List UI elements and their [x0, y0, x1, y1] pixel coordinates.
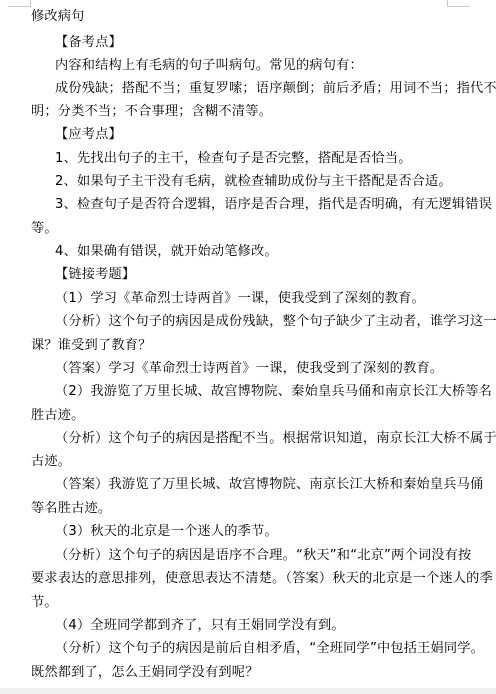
- section-heading: 【备考点】: [55, 35, 122, 51]
- analysis: （分析）这个句子的病因是搭配不当。根据常识知道，南京长江大桥不属于: [55, 431, 496, 447]
- document-title: 修改病句: [31, 9, 85, 25]
- analysis: （分析）这个句子的病因是语序不合理。“秋天”和“北京”两个词没有按: [55, 548, 471, 564]
- analysis: （分析）这个句子的病因是成份残缺，整个句子缺少了主动者，谁学习这一: [55, 314, 496, 330]
- list-item: 1、先找出句子的主干，检查句子是否完整，搭配是否恰当。: [55, 151, 412, 167]
- document-page: 修改病句 【备考点】 内容和结构上有毛病的句子叫病句。常见的病句有： 成份残缺；…: [0, 0, 496, 688]
- analysis: 节。: [31, 595, 58, 611]
- page-bottom-edge: [0, 688, 496, 694]
- paragraph: 成份残缺；搭配不当；重复罗嗦；语序颠倒；前后矛盾；用词不当；指代不: [55, 81, 496, 97]
- list-item: 2、如果句子主干没有毛病，就检查辅助成份与主干搭配是否合适。: [55, 174, 452, 190]
- answer: （答案）我游览了万里长城、故宫博物院、南京长江大桥和秦始皇兵马俑: [55, 477, 483, 493]
- analysis: 课？谁受到了教育？: [31, 338, 152, 354]
- paragraph: 内容和结构上有毛病的句子叫病句。常见的病句有：: [55, 58, 363, 74]
- analysis: 古迹。: [31, 454, 71, 470]
- list-item: 4、如果确有错误，就开始动笔修改。: [55, 244, 278, 260]
- section-heading: 【链接考题】: [55, 267, 135, 283]
- margin-corner-mark: [8, 6, 30, 7]
- margin-corner-mark: [30, 0, 31, 7]
- question: （3）秋天的北京是一个迷人的季节。: [55, 524, 278, 540]
- question: （1）学习《革命烈士诗两首》一课，使我受到了深刻的教育。: [55, 291, 425, 307]
- margin-corner-mark: [447, 0, 448, 7]
- question: 胜古迹。: [31, 408, 85, 424]
- margin-corner-mark: [448, 6, 470, 7]
- question: （2）我游览了万里长城、故宫博物院、秦始皇兵马俑和南京长江大桥等名: [55, 384, 492, 400]
- question: （4）全班同学都到齐了，只有王娟同学没有到。: [55, 618, 345, 634]
- list-item: 3、检查句子是否符合逻辑，语序是否合理，指代是否明确，有无逻辑错误: [55, 197, 492, 213]
- section-heading: 【应考点】: [55, 127, 122, 143]
- answer: 等名胜古迹。: [31, 501, 111, 517]
- analysis: 要求表达的意思排列，使意思表达不清楚。（答案）秋天的北京是一个迷人的季: [31, 571, 493, 587]
- answer: （答案）学习《革命烈士诗两首》一课，使我受到了深刻的教育。: [55, 361, 443, 377]
- list-item: 等。: [31, 221, 58, 237]
- analysis: 既然都到了，怎么王娟同学没有到呢？: [31, 665, 259, 681]
- paragraph: 明；分类不当；不合事理；含糊不清等。: [31, 104, 272, 120]
- analysis: （分析）这个句子的病因是前后自相矛盾，“全班同学”中包括王娟同学。: [55, 641, 484, 657]
